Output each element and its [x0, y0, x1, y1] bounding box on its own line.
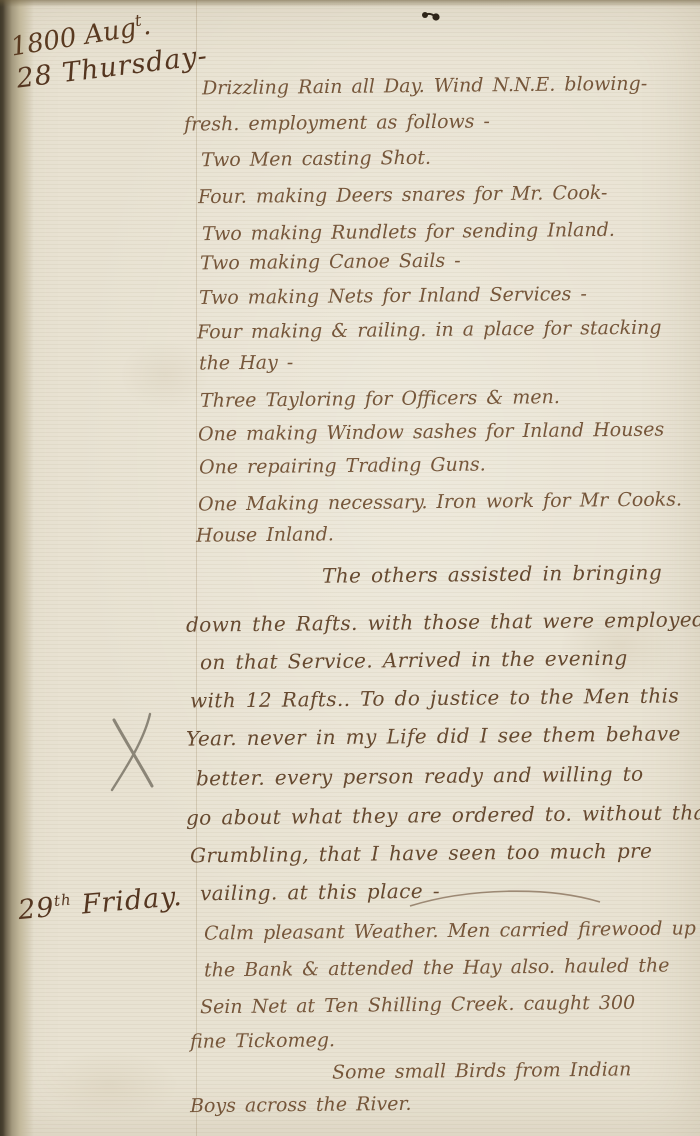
- journal-line: The others assisted in bringing: [322, 560, 662, 588]
- journal-line: House Inland.: [196, 523, 334, 546]
- pencil-x-mark: [100, 702, 170, 797]
- journal-line: Calm pleasant Weather. Men carried firew…: [204, 917, 696, 944]
- journal-line: One making Window sashes for Inland Hous…: [198, 419, 664, 446]
- journal-line: fine Tickomeg.: [190, 1029, 335, 1053]
- journal-line: on that Service. Arrived in the evening: [200, 646, 628, 674]
- journal-line: Grumbling, that I have seen too much pre: [190, 839, 653, 868]
- page-top-edge: [0, 0, 700, 7]
- journal-line: Two Men casting Shot.: [201, 147, 431, 171]
- day-ordinal: th: [53, 891, 72, 910]
- day-number: 28: [15, 59, 55, 94]
- journal-line: Four. making Deers snares for Mr. Cook-: [198, 182, 608, 208]
- journal-line: Four making & railing. in a place for st…: [197, 317, 662, 344]
- journal-line: Two making Canoe Sails -: [200, 250, 461, 275]
- margin-rule: [196, 0, 197, 1136]
- journal-line: Two making Nets for Inland Services -: [199, 283, 587, 309]
- journal-line: Sein Net at Ten Shilling Creek. caught 3…: [200, 992, 635, 1019]
- journal-line: Boys across the River.: [190, 1093, 412, 1117]
- pen-flourish: [408, 884, 608, 914]
- journal-line: One repairing Trading Guns.: [199, 453, 486, 478]
- day-number: 29: [17, 892, 56, 926]
- journal-line: down the Rafts. with those that were emp…: [186, 607, 700, 636]
- journal-line: Some small Birds from Indian: [332, 1058, 631, 1083]
- day-label-friday: 29th Friday.: [17, 881, 184, 926]
- journal-line: the Hay -: [199, 352, 293, 375]
- journal-line: go about what they are ordered to. witho…: [186, 800, 700, 830]
- journal-line: One Making necessary. Iron work for Mr C…: [198, 488, 682, 515]
- journal-line: vailing. at this place -: [200, 879, 440, 906]
- ink-blot: [420, 6, 450, 22]
- journal-page: 1800 Augt. 28 Thursday- Drizzling Rain a…: [0, 0, 700, 1136]
- journal-line: with 12 Rafts.. To do justice to the Men…: [190, 683, 679, 712]
- journal-line: fresh. employment as follows -: [184, 110, 490, 135]
- day-name: Friday.: [80, 881, 183, 921]
- journal-line: better. every person ready and willing t…: [196, 762, 644, 791]
- journal-line: Year. never in my Life did I see them be…: [186, 721, 681, 750]
- date-heading-suffix: .: [140, 11, 153, 42]
- journal-line: Three Tayloring for Officers & men.: [200, 386, 560, 412]
- journal-line: Two making Rundlets for sending Inland.: [202, 219, 615, 245]
- journal-line: the Bank & attended the Hay also. hauled…: [204, 955, 670, 982]
- book-binding-edge: [0, 0, 34, 1136]
- paper-stain: [40, 1050, 180, 1120]
- journal-line: Drizzling Rain all Day. Wind N.N.E. blow…: [202, 73, 647, 100]
